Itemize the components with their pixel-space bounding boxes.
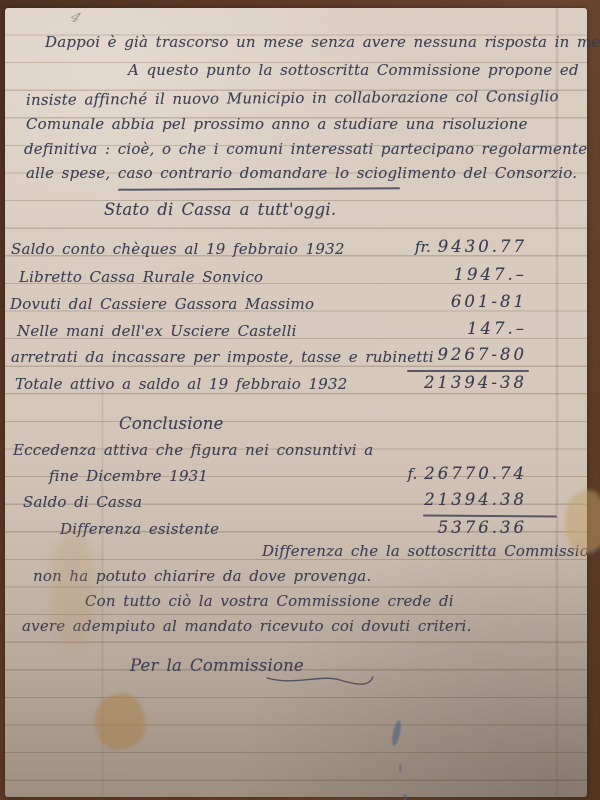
manuscript-line: Eccedenza attiva che figura nei consunti… bbox=[13, 440, 373, 460]
ledger-amount: 147.– bbox=[377, 319, 527, 338]
section-heading-conclusione: Conclusione bbox=[119, 414, 224, 434]
ledger-amount: 21394-38 bbox=[377, 373, 527, 392]
ledger-label: Dovuti dal Cassiere Gassora Massimo bbox=[10, 294, 314, 314]
ledger-amount: fr.9430.77 bbox=[377, 237, 527, 256]
manuscript-line: Dappoi è già trascorso un mese senza ave… bbox=[45, 32, 600, 52]
ledger-amount: 601-81 bbox=[377, 292, 527, 311]
photograph-of-manuscript: { "colors":{"paper":"#d7cabd","ink":"#3a… bbox=[0, 0, 600, 800]
currency-symbol: fr. bbox=[415, 238, 431, 256]
currency-symbol: f. bbox=[407, 465, 417, 483]
ledger-label: arretrati da incassare per imposte, tass… bbox=[11, 347, 434, 367]
manuscript-line: Comunale abbia pel prossimo anno a studi… bbox=[26, 114, 528, 134]
ledger-label: fine Dicembre 1931 bbox=[49, 466, 208, 486]
total-rule bbox=[407, 370, 529, 372]
ledger-label: Nelle mani dell'ex Usciere Castelli bbox=[17, 321, 297, 341]
ledger-label: Totale attivo a saldo al 19 febbraio 193… bbox=[15, 374, 347, 394]
ledger-amount: f.26770.74 bbox=[377, 464, 527, 483]
ledger-amount: 21394.38 bbox=[377, 490, 527, 509]
ledger-label: Saldo di Cassa bbox=[23, 492, 142, 512]
photo-shadow bbox=[5, 517, 587, 797]
manuscript-line: A questo punto la sottoscritta Commissio… bbox=[128, 60, 579, 80]
manuscript-line: insiste affinché il nuovo Municipio in c… bbox=[26, 86, 559, 110]
ledger-amount: 9267-80 bbox=[377, 345, 527, 364]
manuscript-line: definitiva : cioè, o che i comuni intere… bbox=[24, 139, 587, 159]
ledger-label: Saldo conto chèques al 19 febbraio 1932 bbox=[11, 239, 345, 259]
manuscript-line: alle spese, caso contrario domandare lo … bbox=[26, 163, 577, 183]
ledger-label: Libretto Cassa Rurale Sonvico bbox=[19, 267, 263, 287]
section-heading-stato-di-cassa: Stato di Cassa a tutt'oggi. bbox=[104, 200, 336, 220]
ledger-amount: 1947.– bbox=[377, 265, 527, 284]
manuscript-page: 4 Dappoi è già trascorso un mese senza a… bbox=[5, 8, 587, 797]
